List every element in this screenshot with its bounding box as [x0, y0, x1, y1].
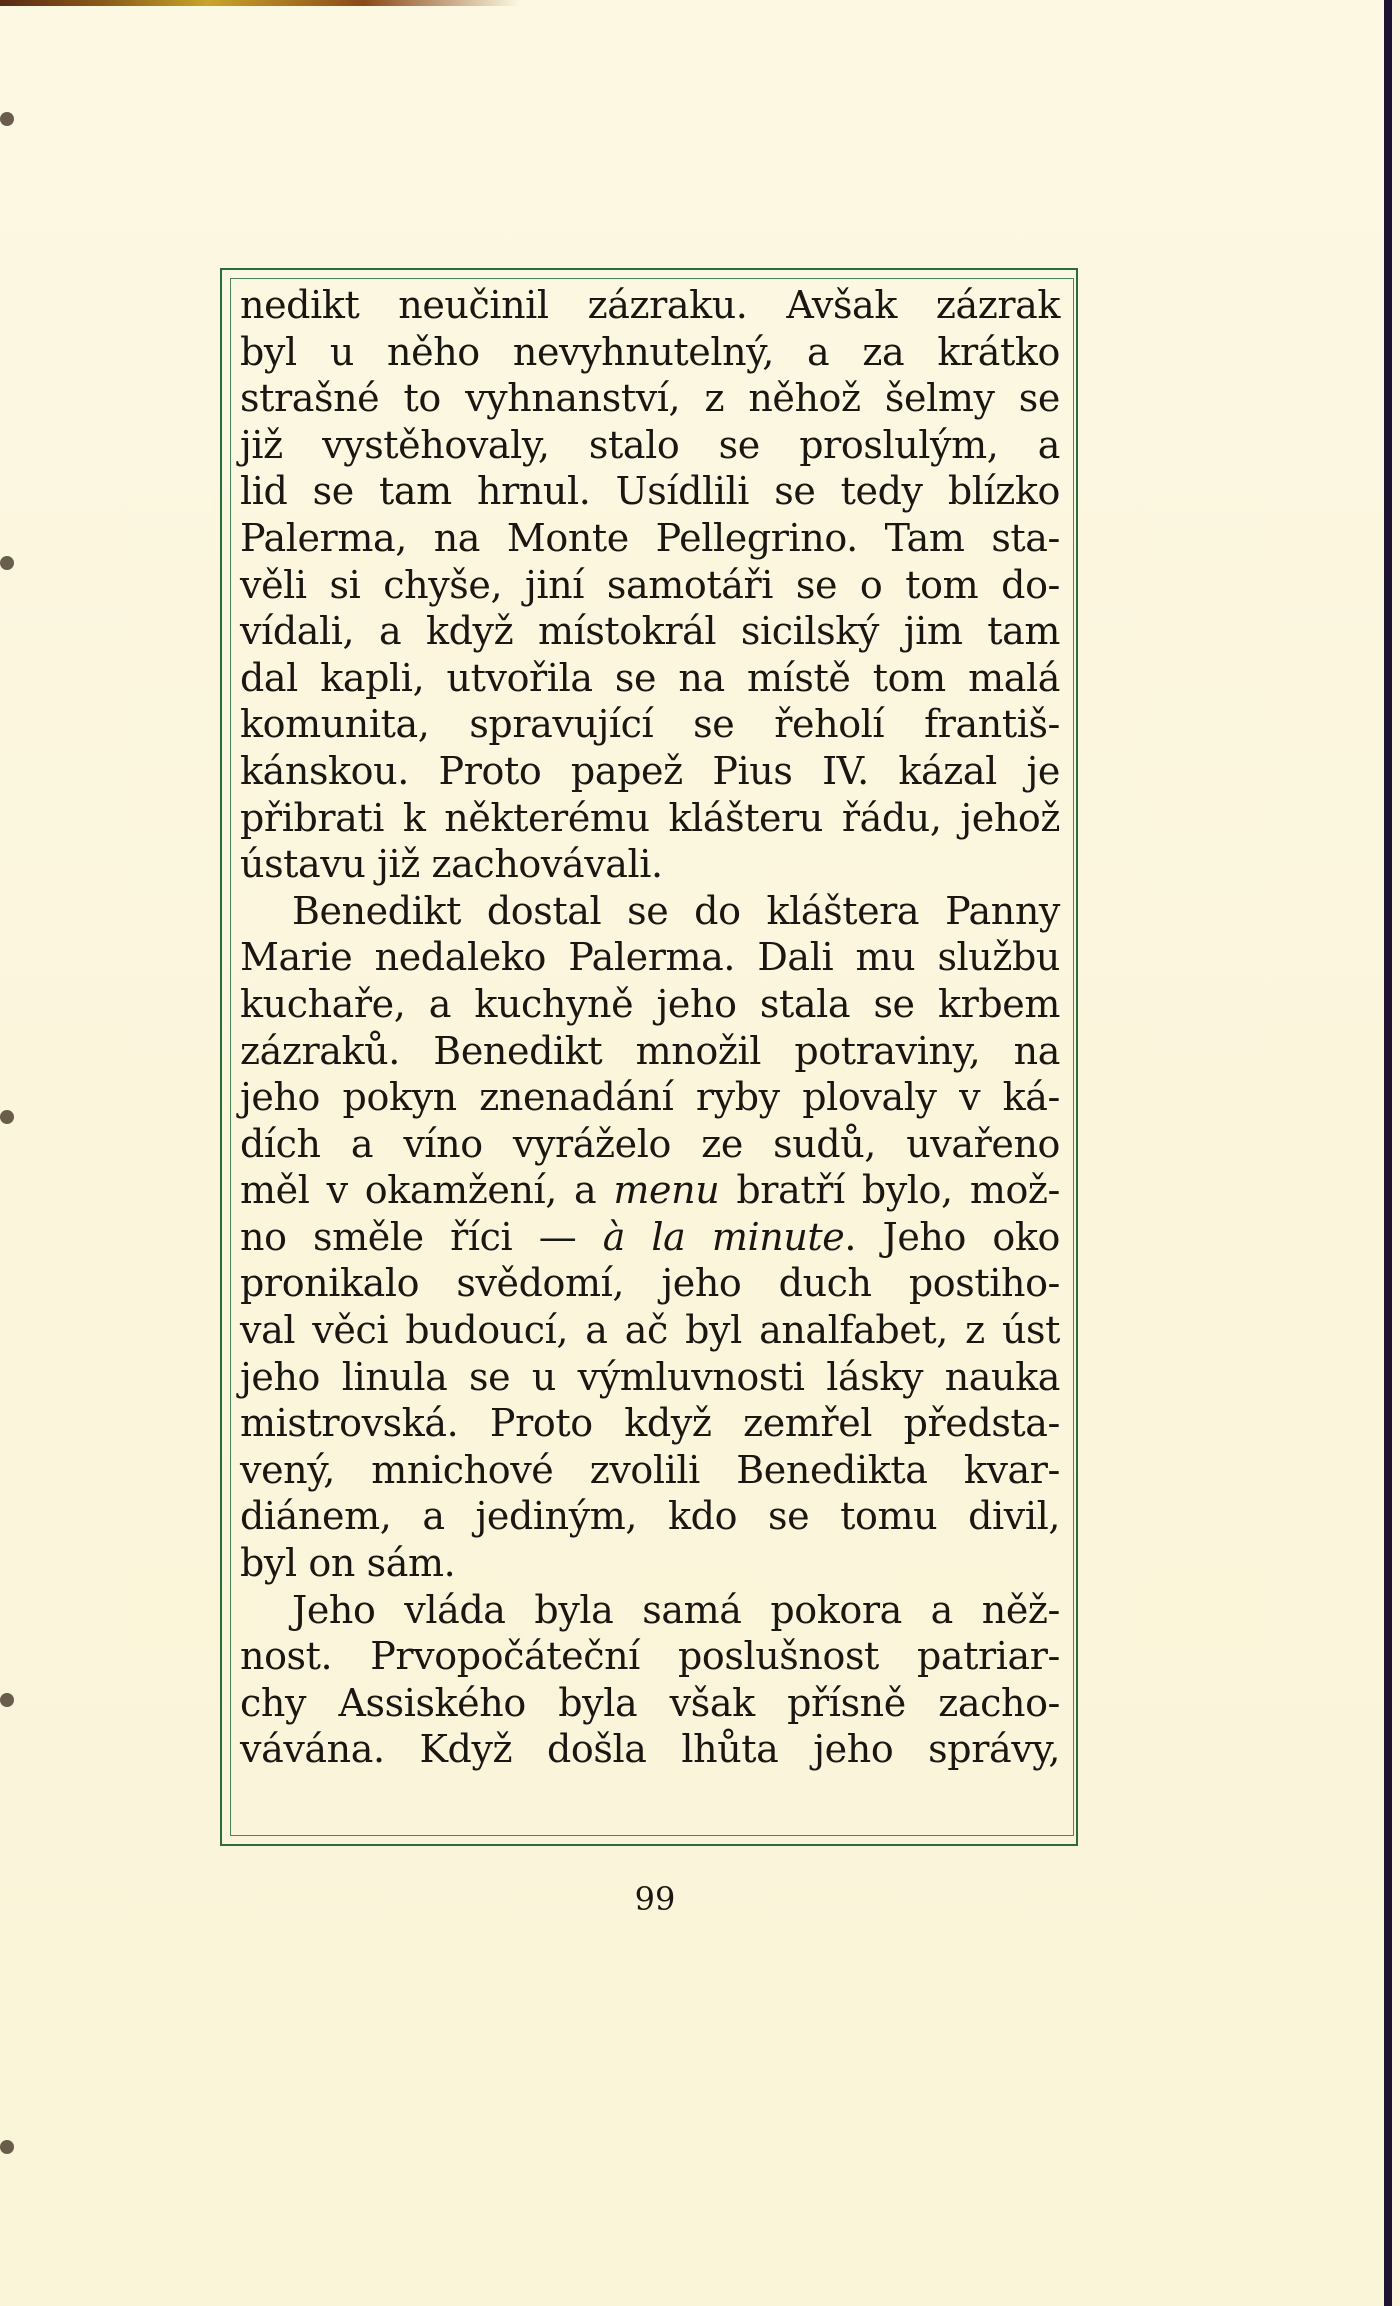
text-line: vený, mnichové zvolili Benedikta kvar-: [240, 1447, 1060, 1494]
paragraph-end-line: ústavu již zachovávali.: [240, 841, 1060, 888]
body-text: nedikt neučinil zázraku. Avšak zázrak by…: [240, 282, 1060, 1773]
book-cover-edge: [0, 0, 520, 6]
text-segment: no směle říci —: [240, 1215, 603, 1259]
text-line: chy Assiského byla však přísně zacho-: [240, 1680, 1060, 1727]
margin-ink-mark: [0, 112, 14, 126]
margin-ink-mark: [0, 556, 14, 570]
text-line: nost. Prvopočáteční poslušnost patriar-: [240, 1633, 1060, 1680]
text-line: dích a víno vyráželo ze sudů, uvařeno: [240, 1121, 1060, 1168]
text-segment: . Jeho oko: [844, 1215, 1060, 1259]
text-line: jeho pokyn znenadání ryby plovaly v ká-: [240, 1074, 1060, 1121]
text-line: vídali, a když místokrál sicilský jim ta…: [240, 608, 1060, 655]
margin-ink-mark: [0, 2140, 14, 2154]
text-line: strašné to vyhnanství, z něhož šelmy se: [240, 375, 1060, 422]
text-line-with-italic: měl v okamžení, a menu bratří bylo, mož-: [240, 1167, 1060, 1214]
text-line: val věci budoucí, a ač byl analfabet, z …: [240, 1307, 1060, 1354]
text-line: byl u něho nevyhnutelný, a za krátko: [240, 329, 1060, 376]
italic-term: menu: [613, 1168, 719, 1212]
text-line: vávána. Když došla lhůta jeho správy,: [240, 1726, 1060, 1773]
margin-ink-mark: [0, 1693, 14, 1707]
book-page: nedikt neučinil zázraku. Avšak zázrak by…: [0, 0, 1392, 2306]
text-line: kánskou. Proto papež Pius IV. kázal je: [240, 748, 1060, 795]
text-line: Marie nedaleko Palerma. Dali mu službu: [240, 934, 1060, 981]
text-line: kuchaře, a kuchyně jeho stala se krbem: [240, 981, 1060, 1028]
text-line: mistrovská. Proto když zemřel předsta-: [240, 1400, 1060, 1447]
paragraph-end-line: byl on sám.: [240, 1540, 1060, 1587]
text-line: Palerma, na Monte Pellegrino. Tam sta-: [240, 515, 1060, 562]
text-line: přibrati k některému klášteru řádu, jeho…: [240, 795, 1060, 842]
text-segment: měl v okamžení, a: [240, 1168, 613, 1212]
page-number: 99: [0, 1880, 1310, 1918]
text-line: věli si chyše, jiní samotáři se o tom do…: [240, 562, 1060, 609]
text-segment: bratří bylo, mož-: [719, 1168, 1060, 1212]
text-line: lid se tam hrnul. Usídlili se tedy blízk…: [240, 468, 1060, 515]
paragraph-start-line: Jeho vláda byla samá pokora a něž-: [240, 1587, 1060, 1634]
text-line: dal kapli, utvořila se na místě tom malá: [240, 655, 1060, 702]
text-line: diánem, a jediným, kdo se tomu divil,: [240, 1493, 1060, 1540]
text-line: pronikalo svědomí, jeho duch postiho-: [240, 1260, 1060, 1307]
text-line: nedikt neučinil zázraku. Avšak zázrak: [240, 282, 1060, 329]
paragraph-start-line: Benedikt dostal se do kláštera Panny: [240, 888, 1060, 935]
book-binding-edge: [1384, 0, 1392, 2306]
text-line: jeho linula se u výmluvnosti lásky nauka: [240, 1354, 1060, 1401]
text-line: zázraků. Benedikt množil potraviny, na: [240, 1028, 1060, 1075]
italic-term: à la minute: [603, 1215, 845, 1259]
margin-ink-mark: [0, 1110, 14, 1124]
text-line-with-italic: no směle říci — à la minute. Jeho oko: [240, 1214, 1060, 1261]
text-line: komunita, spravující se řeholí františ-: [240, 701, 1060, 748]
text-line: již vystěhovaly, stalo se proslulým, a: [240, 422, 1060, 469]
